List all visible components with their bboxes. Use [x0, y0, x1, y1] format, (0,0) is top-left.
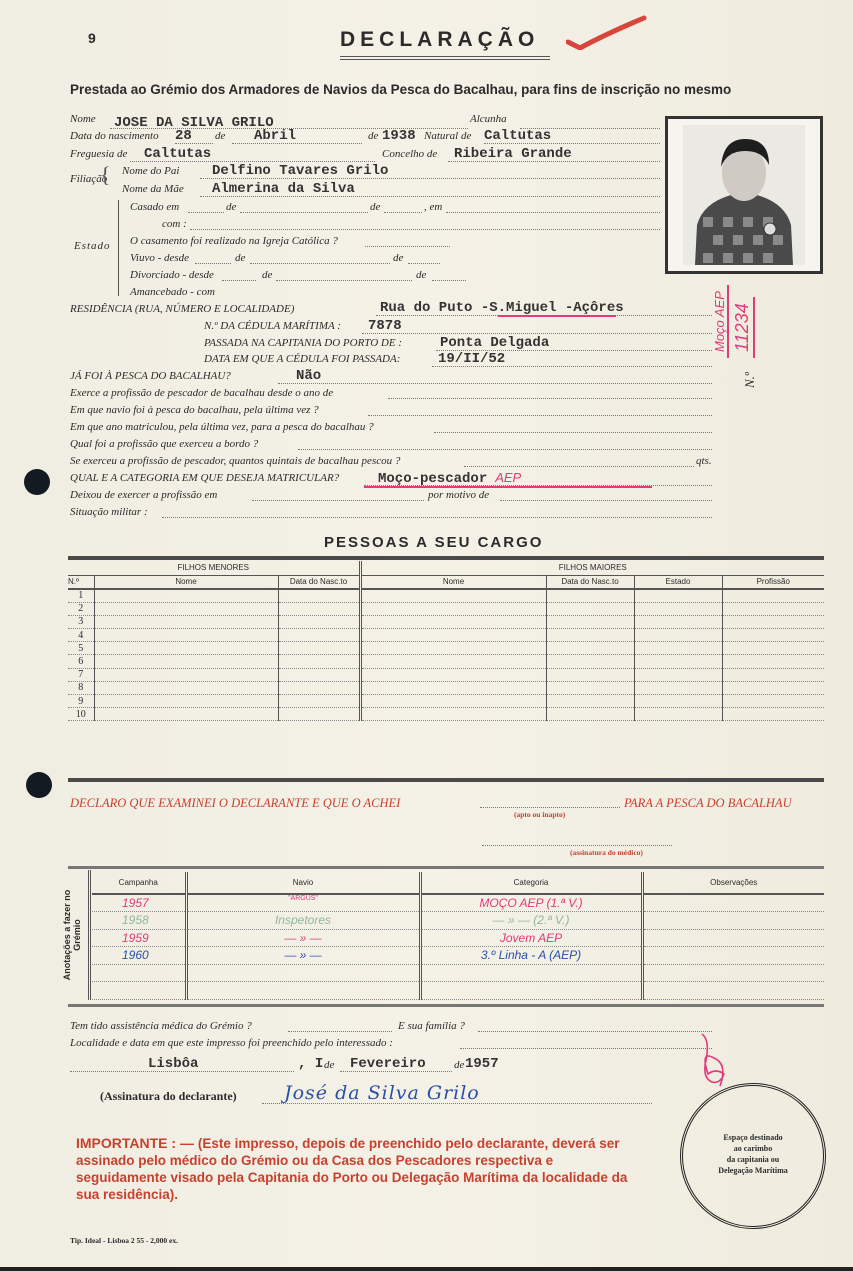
estado-brace — [118, 200, 124, 296]
divider — [68, 556, 824, 560]
col-header: Nome — [360, 575, 546, 589]
de-label: de — [215, 130, 225, 142]
table-cell[interactable] — [722, 695, 824, 708]
militar-label: Situação militar : — [70, 506, 148, 518]
capitania-field[interactable]: Ponta Delgada — [436, 335, 712, 351]
table-cell[interactable] — [722, 708, 824, 721]
row-number: 1 — [68, 589, 94, 602]
stamp-area: Espaço destinado ao carimbo da capitania… — [680, 1083, 826, 1229]
mae-field[interactable]: Almerina da Silva — [200, 181, 660, 197]
navio-label: Em que navio foi à pesca do bacalhau, pe… — [70, 404, 319, 416]
concelho-label: Concelho de — [382, 148, 437, 160]
viuvo-ano-field[interactable] — [408, 251, 440, 264]
annotation-navio[interactable]: Inspetores — [186, 912, 420, 930]
table-cell[interactable] — [722, 668, 824, 681]
row-number: 8 — [68, 681, 94, 694]
assistencia-field[interactable] — [288, 1019, 392, 1032]
deixou-field[interactable] — [252, 488, 424, 501]
table-cell[interactable] — [546, 629, 634, 642]
concelho-field[interactable]: Ribeira Grande — [448, 146, 660, 162]
cedula-label: N.º DA CÉDULA MARÍTIMA : — [204, 320, 341, 332]
printer-imprint: Tip. Ideal - Lisboa 2 55 - 2,000 ex. — [70, 1236, 178, 1245]
table-cell[interactable] — [546, 615, 634, 628]
annotations-side-label: Anotações a fazer no Grémio — [62, 875, 82, 995]
mae-label: Nome da Mãe — [122, 183, 184, 195]
table-row: 1957"ARGUS"MOÇO AEP (1.ª V.) — [92, 894, 824, 912]
table-cell[interactable] — [634, 602, 722, 615]
table-cell[interactable] — [94, 695, 278, 708]
alcunha-label: Alcunha — [470, 113, 507, 125]
table-cell[interactable] — [722, 615, 824, 628]
annotation-categoria[interactable]: Jovem AEP — [420, 929, 642, 947]
table-cell[interactable] — [94, 708, 278, 721]
declarante-signature[interactable]: José da Silva Grilo — [262, 1082, 652, 1104]
de-label: de — [262, 269, 272, 281]
casado-ano-field[interactable] — [384, 200, 422, 213]
table-row: 6 — [68, 655, 824, 668]
table-cell[interactable] — [94, 615, 278, 628]
nascimento-ano[interactable]: 1938 — [382, 128, 416, 144]
casado-local-field[interactable] — [446, 200, 660, 213]
de-label: de — [235, 252, 245, 264]
de-label: de — [324, 1059, 334, 1071]
portrait-photo — [683, 125, 805, 265]
igreja-field[interactable] — [365, 234, 450, 247]
table-cell[interactable] — [546, 695, 634, 708]
data-cedula-label: DATA EM QUE A CÉDULA FOI PASSADA: — [204, 353, 400, 365]
annotation-categoria[interactable] — [420, 964, 642, 982]
profissao-label: Qual foi a profissão que exerceu a bordo… — [70, 438, 258, 450]
table-cell[interactable] — [278, 681, 360, 694]
ja-foi-label: JÁ FOI À PESCA DO BACALHAU? — [70, 370, 231, 382]
table-row: 1960— » —3.º Linha - A (AEP) — [92, 947, 824, 965]
table-cell[interactable] — [546, 655, 634, 668]
punch-hole — [24, 469, 50, 495]
table-row: 10 — [68, 708, 824, 721]
table-row: 2 — [68, 602, 824, 615]
nome-field[interactable]: JOSE DA SILVA GRILO — [110, 113, 468, 129]
dependents-table: FILHOS MENORES FILHOS MAIORES N.º Nome D… — [68, 561, 824, 721]
table-row: 9 — [68, 695, 824, 708]
annotation-campanha[interactable]: 1960 — [92, 947, 186, 965]
viuvo-mes-field[interactable] — [250, 251, 390, 264]
annotation-categoria[interactable]: MOÇO AEP (1.ª V.) — [420, 894, 642, 912]
annotation-campanha[interactable]: 1958 — [92, 912, 186, 930]
table-cell[interactable] — [278, 642, 360, 655]
assistencia-label: Tem tido assistência médica do Grémio ? — [70, 1020, 252, 1032]
table-cell[interactable] — [546, 642, 634, 655]
pai-field[interactable]: Delfino Tavares Grilo — [200, 163, 660, 179]
desde-label: Exerce a profissão de pescador de bacalh… — [70, 387, 333, 399]
divorciado-ano-field[interactable] — [432, 268, 466, 281]
divider — [68, 1004, 824, 1007]
table-row: 8 — [68, 681, 824, 694]
table-row: 3 — [68, 615, 824, 628]
table-cell[interactable] — [634, 668, 722, 681]
page-title: DECLARAÇÃO — [340, 28, 539, 52]
table-cell[interactable] — [722, 681, 824, 694]
table-cell[interactable] — [634, 589, 722, 602]
form-subtitle: Prestada ao Grémio dos Armadores de Navi… — [70, 82, 731, 97]
de-label: de — [370, 201, 380, 213]
quintais-label: Se exerceu a profissão de pescador, quan… — [70, 455, 400, 467]
quintais-unit: qts. — [696, 455, 712, 467]
dia-field[interactable]: , I — [298, 1056, 323, 1072]
freguesia-field[interactable]: Caltutas — [130, 146, 375, 162]
section-title-dependents: PESSOAS A SEU CARGO — [324, 534, 543, 551]
viuvo-dia-field[interactable] — [195, 251, 231, 264]
apto-field[interactable] — [480, 794, 620, 808]
table-row: 4 — [68, 629, 824, 642]
table-cell[interactable] — [278, 589, 360, 602]
medical-para: PARA A PESCA DO BACALHAU — [624, 796, 792, 811]
conjuge-field[interactable] — [190, 217, 660, 230]
table-cell[interactable] — [360, 655, 546, 668]
annotations-left-border — [88, 870, 91, 1000]
divider — [68, 778, 824, 782]
table-cell[interactable] — [634, 615, 722, 628]
group-header-minors: FILHOS MENORES — [68, 561, 360, 575]
apto-hint: (apto ou inapto) — [514, 810, 565, 819]
row-number: 2 — [68, 602, 94, 615]
table-row: 1958Inspetores— » — (2.ª V.) — [92, 912, 824, 930]
table-row: 1959— » —Jovem AEP — [92, 929, 824, 947]
militar-field[interactable] — [162, 505, 712, 518]
ano-field[interactable] — [434, 420, 712, 433]
casado-mes-field[interactable] — [240, 200, 368, 213]
capitania-label: PASSADA NA CAPITANIA DO PORTO DE : — [204, 337, 402, 349]
nome-label: Nome — [70, 113, 96, 125]
categoria-label: QUAL E A CATEGORIA EM QUE DESEJA MATRICU… — [70, 472, 339, 484]
data-cedula-field[interactable]: 19/II/52 — [432, 351, 712, 367]
annotation-campanha[interactable]: 1957 — [92, 894, 186, 912]
casado-dia-field[interactable] — [188, 200, 224, 213]
annotation-obs[interactable] — [642, 964, 824, 982]
annotation-campanha[interactable] — [92, 982, 186, 1000]
annotation-navio[interactable] — [186, 964, 420, 982]
table-cell[interactable] — [94, 668, 278, 681]
red-underline — [498, 315, 616, 317]
freguesia-label: Freguesia de — [70, 148, 127, 160]
ano-label: Em que ano matriculou, pela última vez, … — [70, 421, 374, 433]
table-cell[interactable] — [94, 589, 278, 602]
local-field[interactable]: Lisbôa — [70, 1056, 294, 1072]
alcunha-field[interactable] — [520, 113, 660, 129]
page-edge — [0, 1267, 853, 1271]
residencia-field[interactable]: Rua do Puto -S.Miguel -Açôres — [376, 300, 712, 316]
group-header-adults: FILHOS MAIORES — [360, 561, 824, 575]
col-header: Estado — [634, 575, 722, 589]
cedula-field[interactable]: 7878 — [362, 318, 712, 334]
table-cell[interactable] — [546, 602, 634, 615]
annotation-navio[interactable]: "ARGUS" — [186, 894, 420, 912]
table-cell[interactable] — [722, 655, 824, 668]
profissao-field[interactable] — [298, 437, 712, 450]
page-number: 9 — [88, 30, 96, 46]
motivo-label: por motivo de — [428, 489, 489, 501]
table-cell[interactable] — [94, 642, 278, 655]
col-header: Categoria — [420, 872, 642, 894]
row-number: 7 — [68, 668, 94, 681]
red-checkmark-icon — [566, 14, 648, 50]
col-header: Nome — [94, 575, 278, 589]
table-cell[interactable] — [278, 602, 360, 615]
navio-field[interactable] — [368, 403, 712, 416]
annotation-navio[interactable]: — » — — [186, 947, 420, 965]
col-header: Data do Nasc.to — [278, 575, 360, 589]
table-row: 5 — [68, 642, 824, 655]
table-cell[interactable] — [360, 629, 546, 642]
table-cell[interactable] — [94, 629, 278, 642]
pink-initials-scribble-icon — [690, 1030, 740, 1090]
de-label: de — [416, 269, 426, 281]
importante-note: IMPORTANTE : — (Este impresso, depois de… — [76, 1135, 646, 1203]
annotation-navio[interactable] — [186, 982, 420, 1000]
nascimento-mes[interactable]: Abril — [232, 128, 362, 144]
table-cell[interactable] — [634, 695, 722, 708]
table-cell[interactable] — [278, 615, 360, 628]
declaration-form: 9 DECLARAÇÃO Prestada ao Grémio dos Arma… — [0, 0, 853, 1271]
annotation-obs[interactable] — [642, 929, 824, 947]
table-cell[interactable] — [722, 642, 824, 655]
medico-signature-field[interactable] — [482, 832, 672, 846]
de-label: de — [393, 252, 403, 264]
divorciado-label: Divorciado - desde — [130, 269, 214, 281]
col-header: Campanha — [92, 872, 186, 894]
table-cell[interactable] — [360, 695, 546, 708]
table-cell[interactable] — [634, 655, 722, 668]
row-number: 6 — [68, 655, 94, 668]
table-cell[interactable] — [546, 589, 634, 602]
brace: { — [100, 162, 111, 188]
desde-field[interactable] — [388, 386, 712, 399]
table-cell[interactable] — [278, 708, 360, 721]
natural-field[interactable]: Caltutas — [484, 128, 660, 144]
annotation-obs[interactable] — [642, 947, 824, 965]
table-cell[interactable] — [278, 629, 360, 642]
annotation-categoria[interactable] — [420, 982, 642, 1000]
row-number: 3 — [68, 615, 94, 628]
table-cell[interactable] — [278, 695, 360, 708]
table-row — [92, 964, 824, 982]
table-cell[interactable] — [634, 642, 722, 655]
table-cell[interactable] — [546, 681, 634, 694]
table-cell[interactable] — [546, 708, 634, 721]
quintais-field[interactable] — [464, 454, 694, 467]
de-label: de — [226, 201, 236, 213]
ja-foi-field[interactable]: Não — [278, 368, 712, 384]
table-cell[interactable] — [722, 602, 824, 615]
table-cell[interactable] — [360, 602, 546, 615]
medical-declaration: DECLARO QUE EXAMINEI O DECLARANTE E QUE … — [70, 796, 400, 811]
table-cell[interactable] — [360, 642, 546, 655]
divider — [68, 866, 824, 869]
table-cell[interactable] — [360, 668, 546, 681]
table-cell[interactable] — [360, 681, 546, 694]
table-cell[interactable] — [634, 629, 722, 642]
col-header: Observações — [642, 872, 824, 894]
localidade-field[interactable] — [460, 1036, 712, 1049]
table-row: 1 — [68, 589, 824, 602]
mes-field[interactable]: Fevereiro — [340, 1056, 452, 1072]
row-number: 5 — [68, 642, 94, 655]
amancebado-label: Amancebado - com — [130, 286, 215, 298]
col-header: Profissão — [722, 575, 824, 589]
table-cell[interactable] — [278, 655, 360, 668]
annotation-navio[interactable]: — » — — [186, 929, 420, 947]
table-cell[interactable] — [634, 681, 722, 694]
pai-label: Nome do Pai — [122, 165, 179, 177]
col-header: N.º — [68, 575, 94, 589]
table-cell[interactable] — [722, 629, 824, 642]
table-cell[interactable] — [360, 615, 546, 628]
medico-hint: (assinatura do médico) — [570, 848, 643, 857]
table-cell[interactable] — [94, 602, 278, 615]
row-number: 9 — [68, 695, 94, 708]
annotation-campanha[interactable] — [92, 964, 186, 982]
annotations-table: Campanha Navio Categoria Observações 195… — [92, 872, 824, 1000]
table-cell[interactable] — [546, 668, 634, 681]
table-row: 7 — [68, 668, 824, 681]
title-underline — [340, 56, 550, 60]
nascimento-label: Data do nascimento — [70, 130, 159, 142]
row-number: 10 — [68, 708, 94, 721]
igreja-label: O casamento foi realizado na Igreja Cató… — [130, 235, 338, 247]
viuvo-label: Viuvo - desde — [130, 252, 189, 264]
annotation-obs[interactable] — [642, 982, 824, 1000]
residencia-label: RESIDÊNCIA (RUA, NÚMERO E LOCALIDADE) — [70, 303, 294, 315]
ano-field[interactable]: 1957 — [465, 1056, 499, 1072]
nascimento-dia[interactable]: 28 — [175, 128, 213, 144]
table-cell[interactable] — [278, 668, 360, 681]
familia-label: E sua família ? — [398, 1020, 465, 1032]
table-cell[interactable] — [94, 681, 278, 694]
divorciado-mes-field[interactable] — [276, 268, 412, 281]
divorciado-dia-field[interactable] — [222, 268, 256, 281]
deixou-label: Deixou de exercer a profissão em — [70, 489, 217, 501]
table-cell[interactable] — [360, 589, 546, 602]
assinatura-label: (Assinatura do declarante) — [100, 1089, 237, 1104]
natural-label: Natural de — [424, 130, 471, 142]
categoria-field[interactable]: Moço-pescador AEP — [364, 469, 712, 486]
col-header: Data do Nasc.to — [546, 575, 634, 589]
em-label: , em — [424, 201, 442, 213]
table-cell[interactable] — [634, 708, 722, 721]
de-label: de — [454, 1059, 464, 1071]
annotation-obs[interactable] — [642, 912, 824, 930]
com-label: com : — [162, 218, 187, 230]
annotation-obs[interactable] — [642, 894, 824, 912]
table-cell[interactable] — [722, 589, 824, 602]
annotation-campanha[interactable]: 1959 — [92, 929, 186, 947]
estado-label: Estado — [74, 240, 111, 252]
casado-label: Casado em — [130, 201, 179, 213]
col-header: Navio — [186, 872, 420, 894]
table-cell[interactable] — [360, 708, 546, 721]
table-row — [92, 982, 824, 1000]
annotation-categoria[interactable]: — » — (2.ª V.) — [420, 912, 642, 930]
familia-field[interactable] — [478, 1019, 712, 1032]
de-label: de — [368, 130, 378, 142]
annotation-categoria[interactable]: 3.º Linha - A (AEP) — [420, 947, 642, 965]
punch-hole — [26, 772, 52, 798]
table-cell[interactable] — [94, 655, 278, 668]
motivo-field[interactable] — [500, 488, 712, 501]
side-registration: N.º 11234 Moço AEP — [716, 248, 766, 388]
row-number: 4 — [68, 629, 94, 642]
localidade-label: Localidade e data em que este impresso f… — [70, 1037, 393, 1049]
